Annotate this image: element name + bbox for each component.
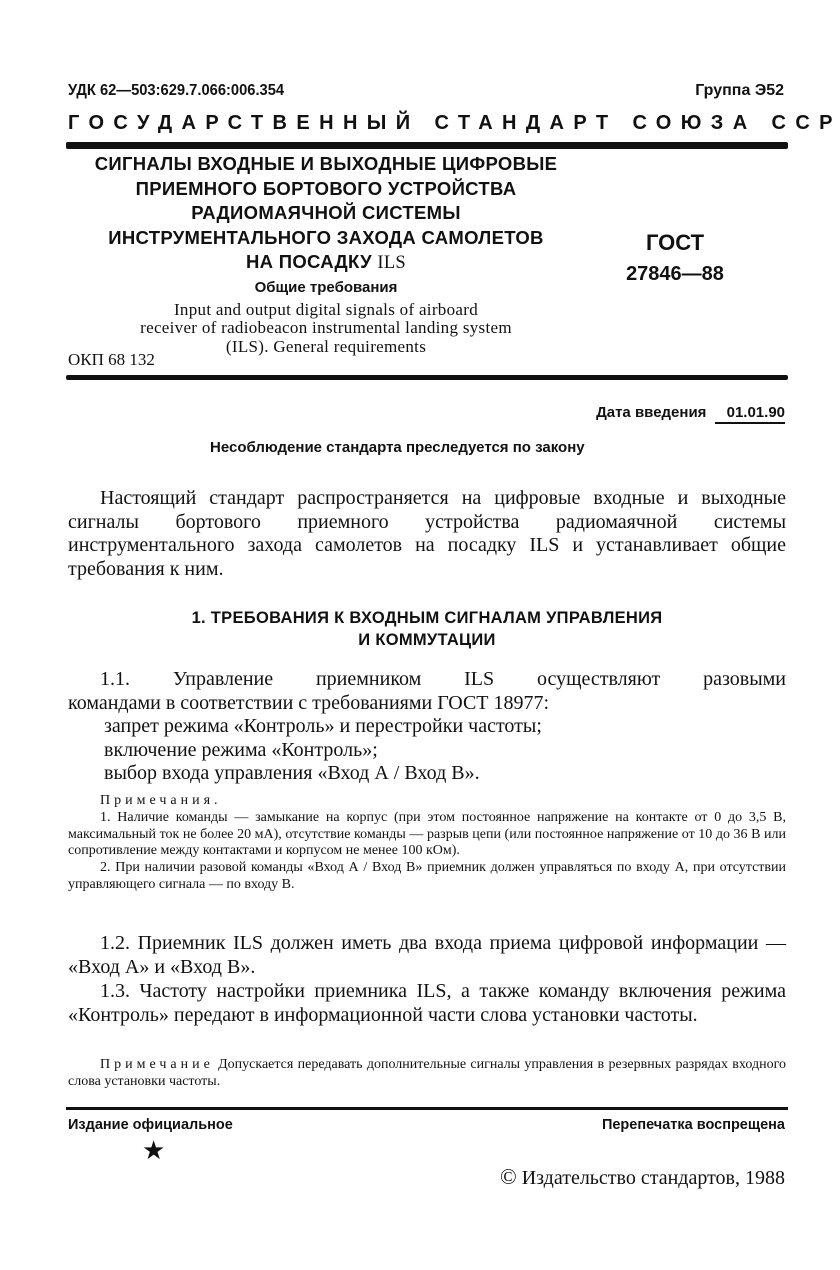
section-heading-line: И КОММУТАЦИИ [68,629,786,651]
clause-1-2: 1.2. Приемник ILS должен иметь два входа… [68,932,786,979]
official-edition-label: Издание официальное [68,1117,233,1133]
section-heading-line: 1. ТРЕБОВАНИЯ К ВХОДНЫМ СИГНАЛАМ УПРАВЛЕ… [68,607,786,629]
note-label: Примечание [100,1057,214,1072]
gost-label: ГОСТ [620,230,730,256]
copyright-text: Издательство стандартов, 1988 [517,1167,785,1189]
title-line: ПРИЕМНОГО БОРТОВОГО УСТРОЙСТВА [66,177,586,202]
english-title: Input and output digital signals of airb… [66,301,586,357]
title-rule [66,375,788,380]
clause-text: 1.3. Частоту настройки приемника ILS, а … [68,980,786,1027]
title-line: РАДИОМАЯЧНОЙ СИСТЕМЫ [66,201,586,226]
english-title-line: Input and output digital signals of airb… [66,301,586,320]
group-code: Группа Э52 [695,82,784,100]
list-item: включение режима «Контроль»; [68,739,786,763]
title-line: СИГНАЛЫ ВХОДНЫЕ И ВЫХОДНЫЕ ЦИФРОВЫЕ [66,152,586,177]
udk-code: УДК 62—503:629.7.066:006.354 [68,82,284,100]
clause-1-1: 1.1. Управление приемником ILS осуществл… [68,668,786,786]
okp-code: ОКП 68 132 [68,350,155,370]
intro-paragraph: Настоящий стандарт распространяется на ц… [68,487,786,581]
footer-rule [66,1107,788,1110]
note-item: 2. При наличии разовой команды «Вход А /… [68,860,786,894]
header-rule [66,142,788,149]
title-line: НА ПОСАДКУ ILS [66,250,586,276]
clause-text: командами в соответствии с требованиями … [68,692,786,716]
title-ils: ILS [377,253,406,273]
state-standard-banner: ГОСУДАРСТВЕННЫЙ СТАНДАРТ СОЮЗА ССР [68,112,786,135]
note-item: 1. Наличие команды — замыкание на корпус… [68,810,786,860]
reprint-prohibited-label: Перепечатка воспрещена [602,1117,785,1133]
copyright-icon: © [500,1164,517,1189]
date-value: 01.01.90 [715,404,785,424]
clause-text: 1.1. Управление приемником ILS осуществл… [68,668,786,692]
star-icon: ★ [142,1138,165,1164]
subtitle: Общие требования [66,277,586,299]
list-item: запрет режима «Контроль» и перестройки ч… [68,715,786,739]
title-line-text: НА ПОСАДКУ [246,251,372,272]
title-line: ИНСТРУМЕНТАЛЬНОГО ЗАХОДА САМОЛЕТОВ [66,226,586,251]
law-notice: Несоблюдение стандарта преследуется по з… [210,439,585,456]
clause-text: 1.2. Приемник ILS должен иметь два входа… [68,932,786,979]
section-heading: 1. ТРЕБОВАНИЯ К ВХОДНЫМ СИГНАЛАМ УПРАВЛЕ… [68,607,786,651]
clause-1-3: 1.3. Частоту настройки приемника ILS, а … [68,980,786,1027]
copyright-notice: © Издательство стандартов, 1988 [500,1164,785,1190]
notes-block: Примечания. 1. Наличие команды — замыкан… [68,793,786,894]
note-single: Примечание Допускается передавать дополн… [68,1057,786,1091]
english-title-line: receiver of radiobeacon instrumental lan… [66,319,586,338]
title-block: СИГНАЛЫ ВХОДНЫЕ И ВЫХОДНЫЕ ЦИФРОВЫЕ ПРИЕ… [66,152,586,356]
notes-header: Примечания. [68,793,786,810]
list-item: выбор входа управления «Вход А / Вход В»… [68,762,786,786]
date-label: Дата введения [596,404,706,421]
introduction-date: Дата введения 01.01.90 [596,404,785,424]
gost-number: 27846—88 [600,263,750,286]
